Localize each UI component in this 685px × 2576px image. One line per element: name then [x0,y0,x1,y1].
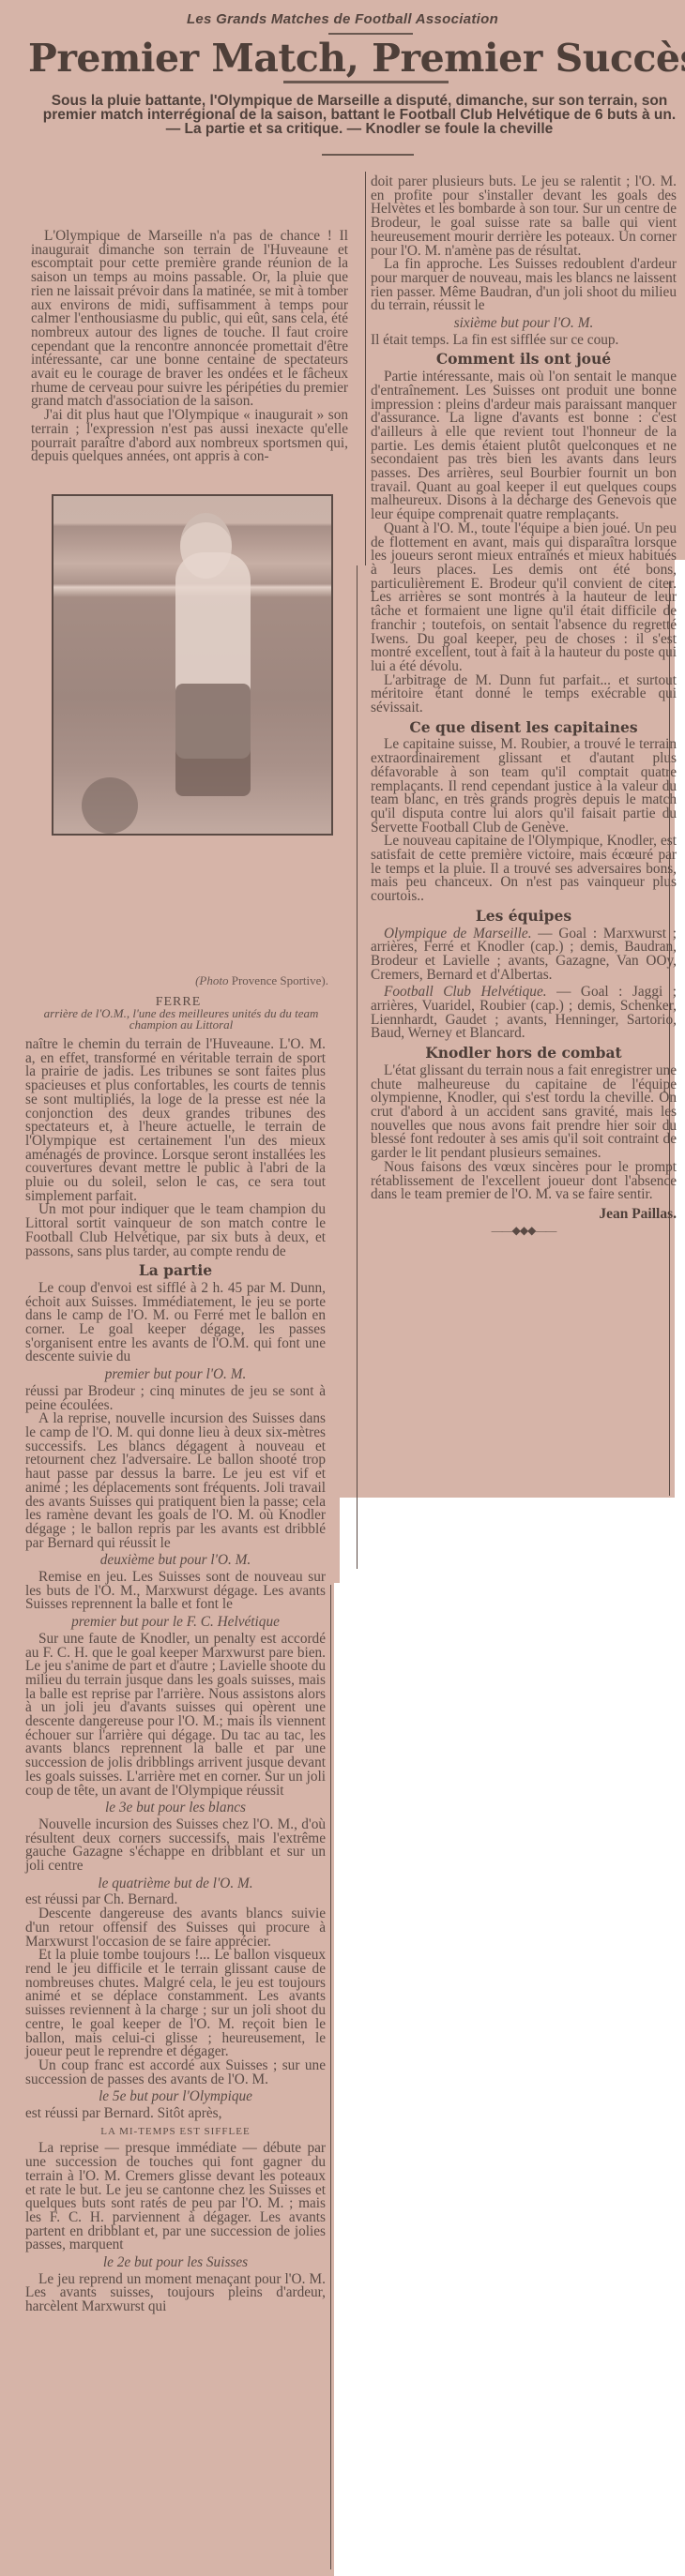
football-icon [82,777,138,834]
paragraph: La reprise — presque immédiate — débute … [25,2142,326,2252]
deck-subheadline: Sous la pluie battante, l'Olympique de M… [34,94,685,136]
halftime-line: LA MI-TEMPS EST SIFFLEE [25,2125,326,2139]
paragraph: J'ai dit plus haut que l'Olympique « ina… [31,409,348,464]
paragraph: Le nouveau capitaine de l'Olympique, Kno… [371,835,677,904]
section-title-la-partie: La partie [25,1264,326,1278]
goal-line: deuxième but pour l'O. M. [25,1554,326,1568]
paragraph: Partie intéressante, mais où l'on sentai… [371,370,677,522]
photo-credit: (Photo Provence Sportive). [141,973,328,988]
paragraph: A la reprise, nouvelle incursion des Sui… [25,1412,326,1550]
goal-line: sixième but pour l'O. M. [371,317,677,331]
photo-credit-prefix: (Photo [195,973,228,987]
photo-credit-source: Provence Sportive). [232,973,328,987]
paragraph: Sur une faute de Knodler, un penalty est… [25,1633,326,1798]
divider-rule [328,33,413,35]
player-legs-icon [175,684,251,796]
goal-line: premier but pour le F. C. Helvétique [25,1616,326,1630]
column-divider [330,1585,331,2569]
team-lineup-om: Olympique de Marseille. — Goal : Marxwur… [371,927,677,983]
paragraph: est réussi par Bernard. Sitôt après, [25,2107,326,2121]
photo-player-ferre [52,494,333,836]
paragraph: Nouvelle incursion des Suisses chez l'O.… [25,1818,326,1874]
section-title-knodler: Knodler hors de combat [371,1047,677,1061]
goal-line: le 3e but pour les blancs [25,1801,326,1815]
paragraph: Le coup d'envoi est sifflé à 2 h. 45 par… [25,1282,326,1364]
paragraph: L'Olympique de Marseille n'a pas de chan… [31,230,348,409]
left-column-match-report: naître le chemin du terrain de l'Huveaun… [25,1038,326,2314]
section-title-comment-ils-ont-joue: Comment ils ont joué [371,353,677,367]
paragraph: Il était temps. La fin est sifflée sur c… [371,334,677,348]
column-divider [365,172,366,565]
paragraph: Descente dangereuse des avants blancs su… [25,1907,326,1949]
goal-line: premier but pour l'O. M. [25,1368,326,1382]
paragraph: naître le chemin du terrain de l'Huveaun… [25,1038,326,1203]
column-divider [357,565,358,1569]
section-title-les-equipes: Les équipes [371,910,677,924]
headline: Premier Match, Premier Succès ! [28,36,685,81]
article: Les Grands Matches de Football Associati… [0,0,685,2576]
goal-line: le 5e but pour l'Olympique [25,2090,326,2104]
paragraph: Quant à l'O. M., toute l'équipe a bien j… [371,522,677,674]
section-title-capitaines: Ce que disent les capitaines [371,721,677,735]
team-lineup-fch: Football Club Helvétique. — Goal : Jaggi… [371,986,677,1041]
paragraph: Un coup franc est accordé aux Suisses ; … [25,2059,326,2086]
paragraph: Remise en jeu. Les Suisses sont de nouve… [25,1571,326,1612]
paragraph: L'arbitrage de M. Dunn fut parfait... et… [371,674,677,716]
left-column-intro: L'Olympique de Marseille n'a pas de chan… [31,230,348,464]
paragraph: Le capitaine suisse, M. Roubier, a trouv… [371,738,677,835]
author-signature: Jean Paillas. [371,1208,677,1222]
paragraph: Un mot pour indiquer que le team champio… [25,1203,326,1258]
divider-rule [322,154,414,156]
goal-line: le 2e but pour les Suisses [25,2256,326,2270]
section-kicker: Les Grands Matches de Football Associati… [0,11,685,27]
paragraph: Et la pluie tombe toujours !... Le ballo… [25,1949,326,2059]
paragraph: La fin approche. Les Suisses redoublent … [371,258,677,313]
photo-caption: arrière de l'O.M., l'une des meilleures … [26,1008,336,1031]
paragraph: réussi par Brodeur ; cinq minutes de jeu… [25,1385,326,1412]
divider-rule [283,81,449,83]
end-ornament-icon: ——◆◆◆—— [371,1224,677,1238]
paragraph: doit parer plusieurs buts. Le jeu se ral… [371,175,677,258]
paragraph: Nous faisons des vœux sincères pour le p… [371,1161,677,1202]
paragraph: Le jeu reprend un moment menaçant pour l… [25,2273,326,2314]
right-column: doit parer plusieurs buts. Le jeu se ral… [371,175,677,1237]
goal-line: le quatrième but de l'O. M. [25,1877,326,1891]
paragraph: L'état glissant du terrain nous a fait e… [371,1064,677,1161]
